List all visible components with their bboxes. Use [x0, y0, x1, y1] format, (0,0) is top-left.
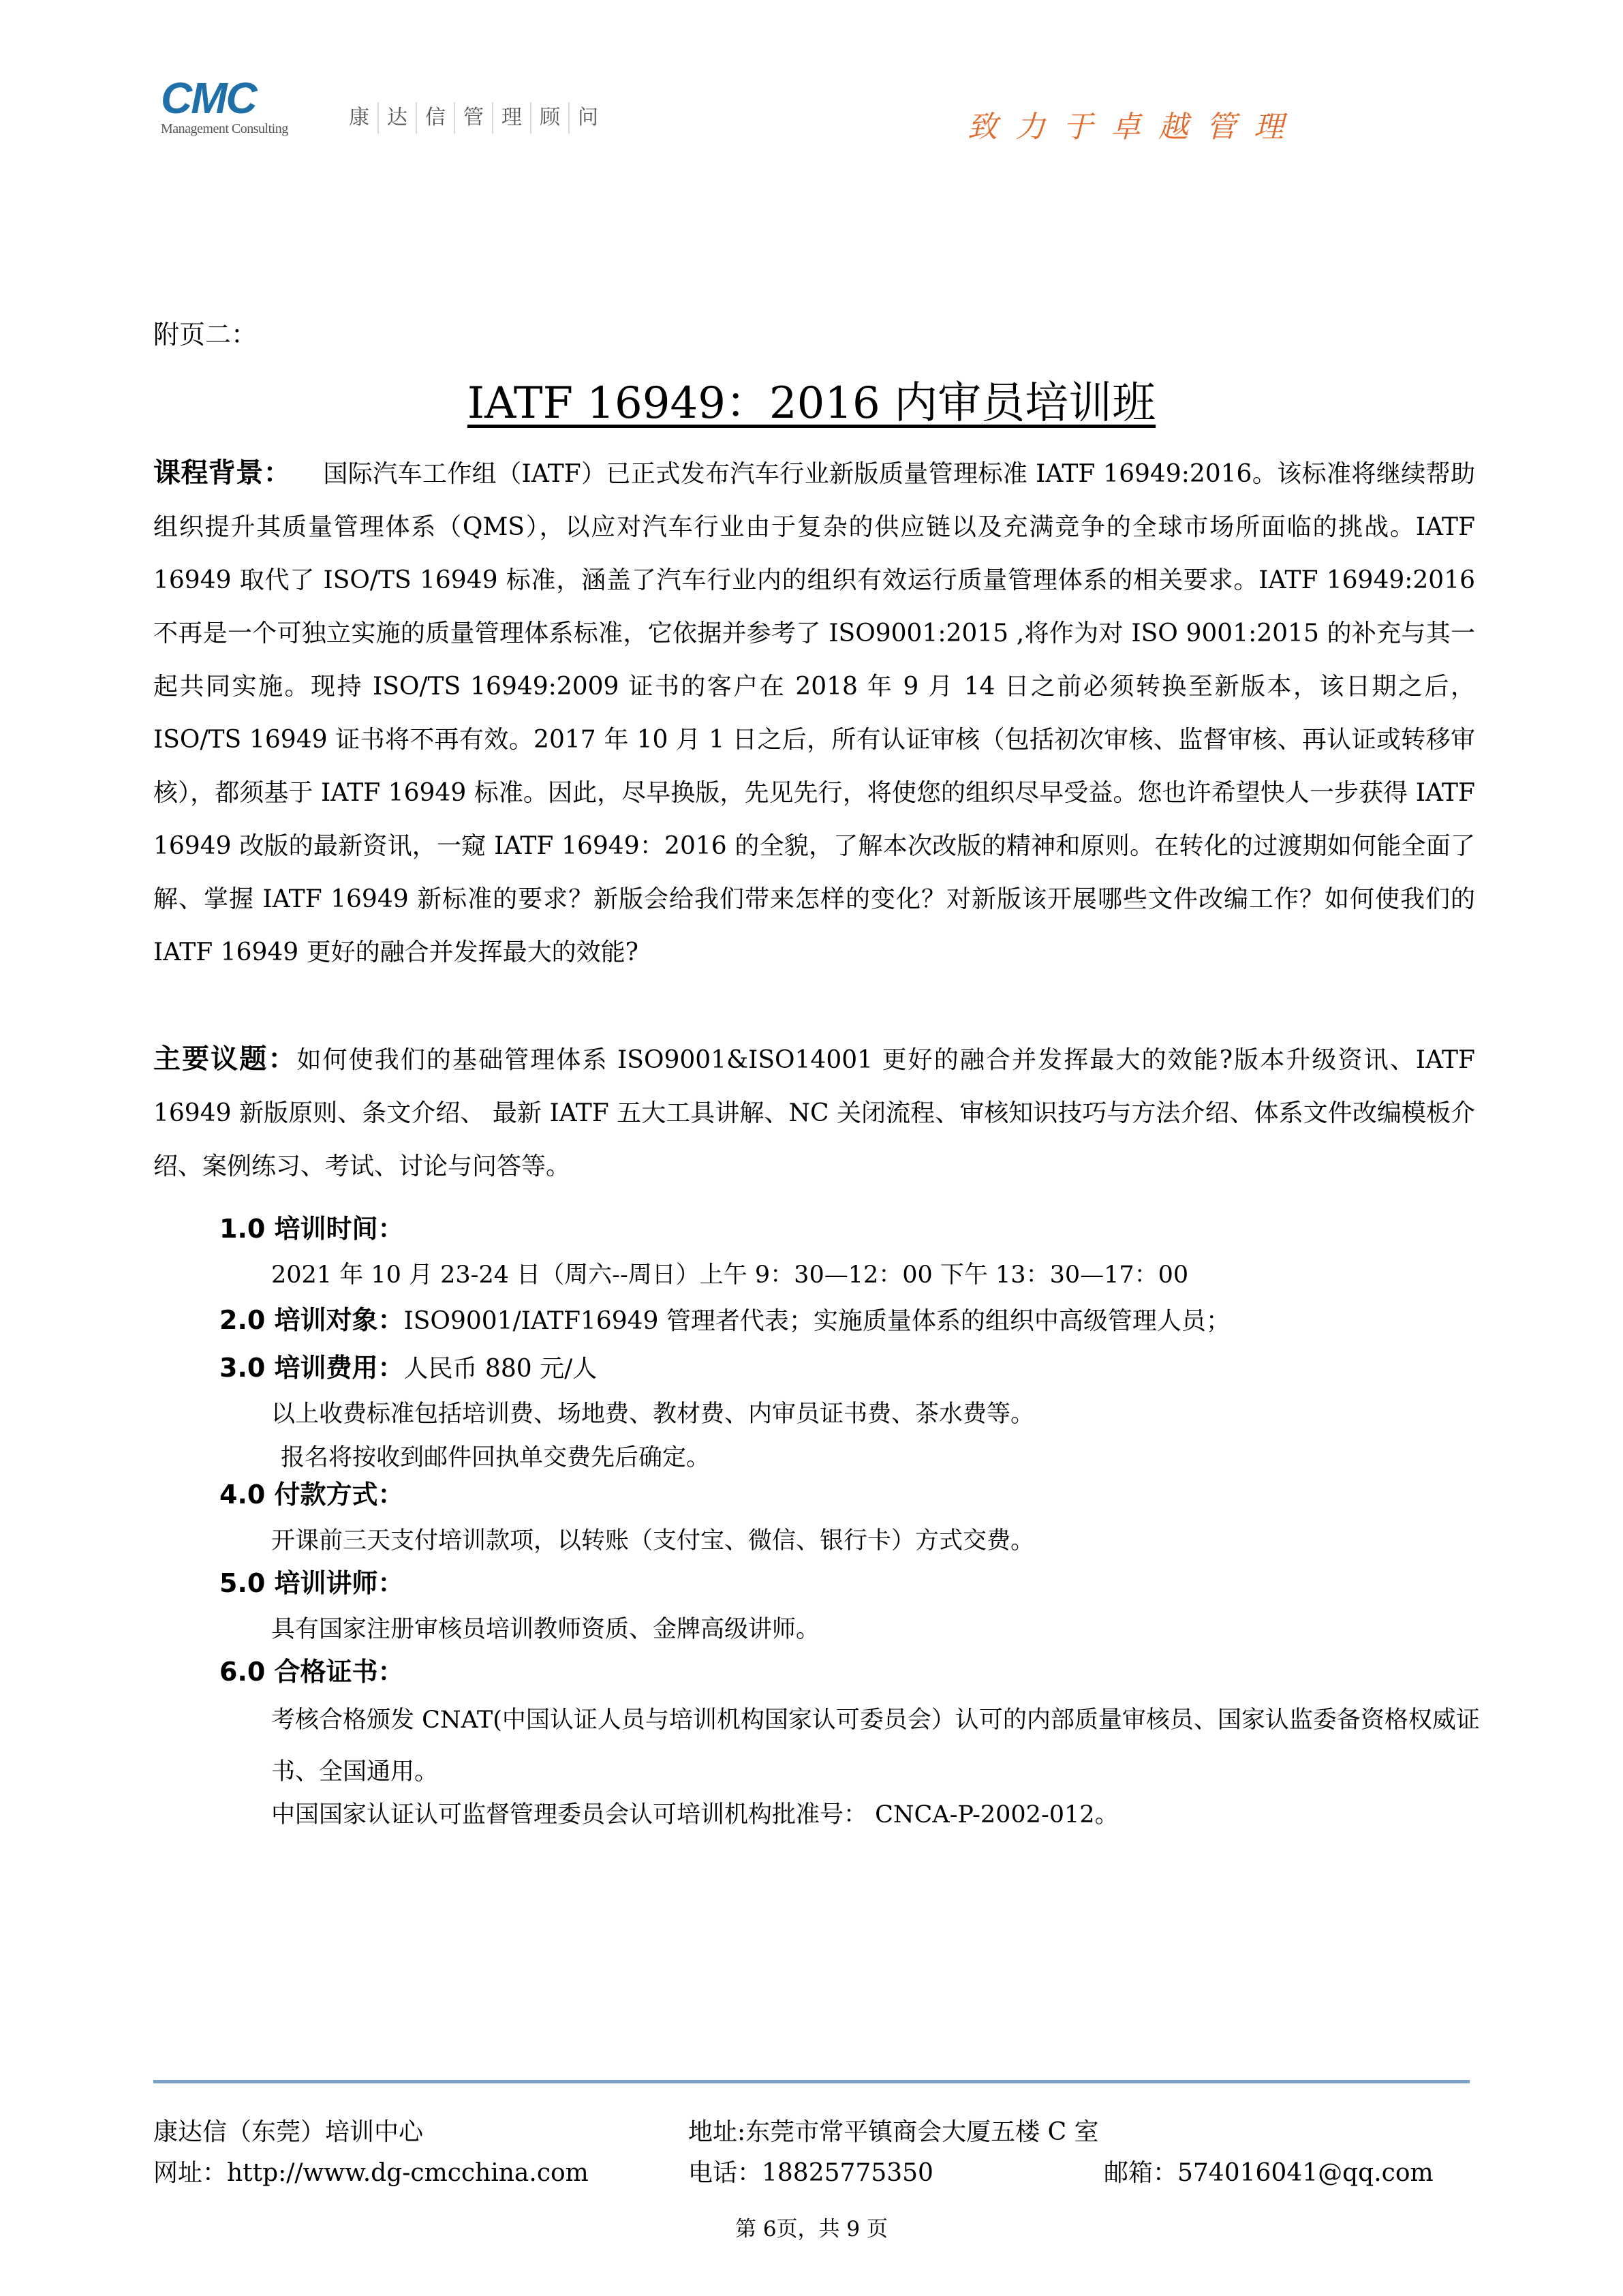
section-label: 1.0 培训时间： [219, 1214, 404, 1244]
section-line: 2021 年 10 月 23-24 日（周六--周日）上午 9：30—12：00… [271, 1251, 1484, 1299]
section-payment: 4.0 付款方式： [219, 1473, 404, 1511]
section-audience: 2.0 培训对象：ISO9001/IATF16949 管理者代表；实施质量体系的… [219, 1299, 1231, 1336]
section-line: 中国国家认证认可监督管理委员会认可培训机构批准号： CNCA-P-2002-01… [271, 1791, 1484, 1839]
background-text: 国际汽车工作组（IATF）已正式发布汽车行业新版质量管理标准 IATF 1694… [153, 460, 1475, 966]
page-title-text: IATF 16949：2016 内审员培训班 [467, 378, 1156, 429]
section-training-time: 1.0 培训时间： [219, 1208, 404, 1245]
section-certificate: 6.0 合格证书： [219, 1651, 404, 1688]
topics-text: 如何使我们的基础管理体系 ISO9001&ISO14001 更好的融合并发挥最大… [153, 1046, 1475, 1180]
page-title: IATF 16949：2016 内审员培训班 [0, 368, 1623, 431]
appendix-label: 附页二： [153, 313, 257, 351]
cmc-logo: CMC Management Consulting [161, 76, 318, 141]
footer-phone: 电话：18825775350 [688, 2154, 933, 2188]
topics-label: 主要议题： [153, 1043, 296, 1075]
section-label: 6.0 合格证书： [219, 1657, 404, 1687]
section-value: ISO9001/IATF16949 管理者代表；实施质量体系的组织中高级管理人员… [404, 1307, 1231, 1335]
section-label: 5.0 培训讲师： [219, 1568, 404, 1598]
footer-address: 地址:东莞市常平镇商会大厦五楼 C 室 [688, 2113, 1099, 2147]
section-line: 开课前三天支付培训款项，以转账（支付宝、微信、银行卡）方式交费。 [271, 1517, 1484, 1565]
main-topics: 主要议题：如何使我们的基础管理体系 ISO9001&ISO14001 更好的融合… [153, 1032, 1475, 1193]
company-char: 信 [417, 102, 455, 134]
logo-mark: CMC [161, 76, 318, 120]
section-line: 考核合格颁发 CNAT(中国认证人员与培训机构国家认可委员会）认可的内部质量审核… [271, 1694, 1484, 1798]
slogan: 致力于卓越管理 [968, 102, 1301, 146]
course-background: 课程背景： 国际汽车工作组（IATF）已正式发布汽车行业新版质量管理标准 IAT… [153, 446, 1475, 979]
company-char: 顾 [531, 102, 570, 134]
company-char: 问 [570, 102, 606, 134]
section-label: 2.0 培训对象： [219, 1305, 404, 1335]
section-value: 人民币 880 元/人 [404, 1355, 598, 1383]
page-indicator: 第 6页，共 9 页 [0, 2211, 1623, 2242]
company-char: 管 [455, 102, 493, 134]
company-char: 达 [379, 102, 417, 134]
section-instructor: 5.0 培训讲师： [219, 1562, 404, 1599]
company-char: 康 [341, 102, 379, 134]
company-name: 康 达 信 管 理 顾 问 [341, 102, 606, 134]
footer-website[interactable]: 网址：http://www.dg-cmcchina.com [153, 2154, 589, 2188]
section-label: 3.0 培训费用： [219, 1353, 404, 1383]
background-label: 课程背景： [153, 457, 291, 489]
section-line: 以上收费标准包括培训费、场地费、教材费、内审员证书费、茶水费等。 [271, 1390, 1484, 1438]
section-line: 报名将按收到邮件回执单交费先后确定。 [281, 1434, 1494, 1482]
section-line: 具有国家注册审核员培训教师资质、金牌高级讲师。 [271, 1606, 1484, 1653]
section-label: 4.0 付款方式： [219, 1480, 404, 1510]
section-fee: 3.0 培训费用：人民币 880 元/人 [219, 1347, 597, 1384]
footer-org: 康达信（东莞）培训中心 [153, 2113, 423, 2147]
footer-divider [153, 2080, 1470, 2083]
logo-subtitle: Management Consulting [161, 121, 318, 137]
company-char: 理 [493, 102, 531, 134]
footer-email[interactable]: 邮箱：574016041@qq.com [1104, 2154, 1434, 2188]
